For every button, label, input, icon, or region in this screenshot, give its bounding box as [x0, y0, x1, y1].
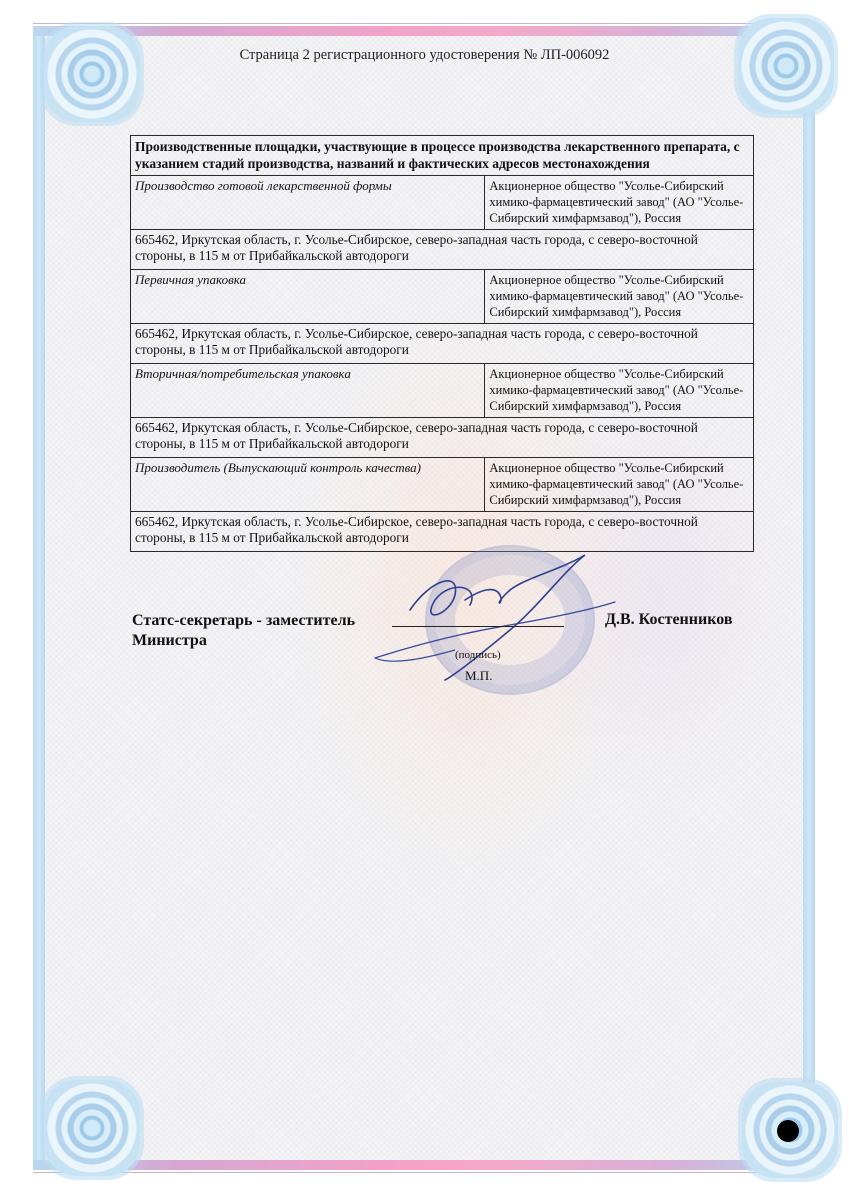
punch-hole-icon: [777, 1120, 799, 1142]
signature-line: [392, 626, 564, 627]
address-cell: 665462, Иркутская область, г. Усолье-Сиб…: [131, 230, 754, 270]
frame-border-top: [33, 26, 815, 36]
frame-border-right: [803, 30, 815, 1165]
organization-cell: Акционерное общество "Усолье-Сибирский х…: [485, 176, 754, 230]
certificate-sheet: Страница 2 регистрационного удостоверени…: [0, 0, 849, 1200]
organization-cell: Акционерное общество "Усолье-Сибирский х…: [485, 364, 754, 418]
stage-cell: Производство готовой лекарственной формы: [131, 176, 485, 230]
signatory-title: Статс-секретарь - заместитель Министра: [132, 611, 355, 651]
table-row: 665462, Иркутская область, г. Усолье-Сиб…: [131, 230, 754, 270]
address-cell: 665462, Иркутская область, г. Усолье-Сиб…: [131, 418, 754, 458]
table-header: Производственные площадки, участвующие в…: [131, 136, 754, 176]
production-sites-table: Производственные площадки, участвующие в…: [130, 135, 754, 552]
organization-cell: Акционерное общество "Усолье-Сибирский х…: [485, 270, 754, 324]
signature-caption: (подпись): [455, 649, 501, 661]
frame-border-bottom: [33, 1160, 815, 1170]
signatory-title-line1: Статс-секретарь - заместитель: [132, 611, 355, 631]
address-cell: 665462, Иркутская область, г. Усолье-Сиб…: [131, 324, 754, 364]
table-row: Вторичная/потребительская упаковка Акцио…: [131, 364, 754, 418]
signatory-title-line2: Министра: [132, 631, 355, 651]
table-row: Производство готовой лекарственной формы…: [131, 176, 754, 230]
page-header: Страница 2 регистрационного удостоверени…: [0, 47, 849, 64]
table-header-row: Производственные площадки, участвующие в…: [131, 136, 754, 176]
table-row: Первичная упаковка Акционерное общество …: [131, 270, 754, 324]
rosette-icon: [738, 18, 834, 114]
stage-cell: Первичная упаковка: [131, 270, 485, 324]
table-row: Производитель (Выпускающий контроль каче…: [131, 458, 754, 512]
stage-cell: Производитель (Выпускающий контроль каче…: [131, 458, 485, 512]
frame-border-left: [33, 30, 45, 1165]
rosette-icon: [44, 26, 140, 122]
stage-cell: Вторичная/потребительская упаковка: [131, 364, 485, 418]
seal-mark: М.П.: [465, 668, 492, 684]
table-row: 665462, Иркутская область, г. Усолье-Сиб…: [131, 324, 754, 364]
rosette-icon: [44, 1080, 140, 1176]
organization-cell: Акционерное общество "Усолье-Сибирский х…: [485, 458, 754, 512]
table-row: 665462, Иркутская область, г. Усолье-Сиб…: [131, 418, 754, 458]
signatory-name: Д.В. Костенников: [605, 611, 732, 629]
